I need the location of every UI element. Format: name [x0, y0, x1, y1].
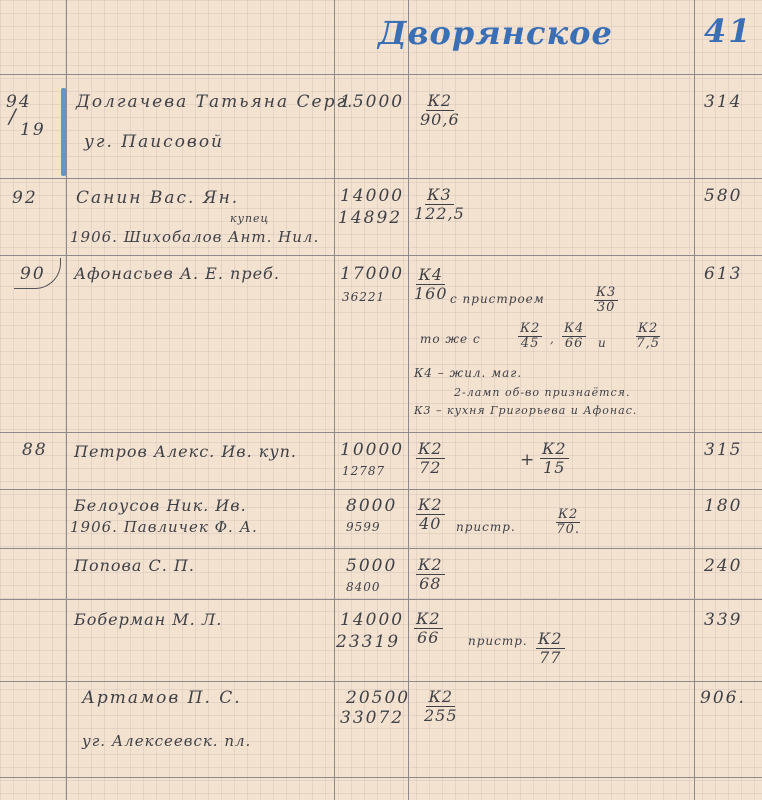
category-fraction: К2 72 — [416, 440, 445, 477]
category-den: 255 — [424, 707, 458, 725]
category-den: 72 — [419, 459, 441, 477]
note-frac-den: 77 — [539, 649, 561, 667]
category-den: 160 — [414, 285, 448, 303]
note-frac-num: К3 — [594, 286, 618, 301]
last-value: 906. — [700, 688, 746, 708]
category-num: К2 — [414, 610, 443, 629]
amount-2: 14892 — [338, 208, 402, 228]
amount-2: 36221 — [342, 290, 385, 304]
column-rule — [334, 0, 335, 800]
row-rule — [0, 681, 762, 682]
note-frac-den: 7,5 — [636, 337, 660, 351]
category-num: К3 — [425, 186, 454, 205]
note-frac-num: К2 — [540, 440, 569, 459]
amount: 14000 — [340, 186, 404, 206]
row-rule — [0, 548, 762, 549]
owner-name: Санин Вас. Ян. — [76, 188, 239, 208]
note-frac-den: 70. — [556, 523, 580, 537]
joiner: , — [550, 332, 555, 346]
note-frac-num: К2 — [518, 322, 542, 337]
owner-extra: 1906. Шихобалов Ант. Нил. — [70, 228, 319, 246]
owner-annotation: купец — [230, 212, 269, 225]
note: пристр. — [468, 634, 528, 648]
category-fraction: К2 40 — [416, 496, 445, 533]
note-fraction: К3 30 — [594, 286, 618, 315]
note-fraction: К2 45 — [518, 322, 542, 351]
note-fraction: К2 77 — [536, 630, 565, 667]
page-number: 41 — [704, 12, 753, 50]
amount: 17000 — [340, 264, 404, 284]
row-rule — [0, 255, 762, 256]
category-den: 40 — [419, 515, 441, 533]
row-rule — [0, 178, 762, 179]
note-frac-num: К2 — [636, 322, 660, 337]
row-rule — [0, 489, 762, 490]
row-number: 90 — [20, 264, 46, 284]
owner-name: Долгачева Татьяна Серг. — [76, 92, 354, 112]
column-rule — [694, 0, 695, 800]
note-frac-num: К2 — [556, 508, 580, 523]
amount-2: 9599 — [346, 520, 381, 534]
owner-extra: уг. Паисовой — [84, 132, 224, 152]
amount: 5000 — [346, 556, 397, 576]
category-den: 66 — [417, 629, 439, 647]
category-num: К2 — [426, 92, 455, 111]
street-title: Дворянское — [378, 14, 613, 52]
last-value: 314 — [704, 92, 742, 112]
ledger-page — [0, 0, 762, 800]
note: с пристроем — [450, 292, 545, 306]
category-num: К2 — [426, 688, 455, 707]
owner-name: Белоусов Ник. Ив. — [74, 496, 247, 515]
note-fraction: К2 15 — [540, 440, 569, 477]
last-value: 613 — [704, 264, 742, 284]
note: + — [520, 450, 536, 470]
note: пристр. — [456, 520, 516, 534]
row-rule — [0, 74, 762, 75]
last-value: 580 — [704, 186, 742, 206]
category-fraction: К2 255 — [424, 688, 458, 725]
amount-2: 8400 — [346, 580, 381, 594]
owner-name: Артамов П. С. — [82, 688, 242, 708]
owner-extra: 1906. Павличек Ф. А. — [70, 518, 258, 536]
row-rule — [0, 777, 762, 778]
last-value: 315 — [704, 440, 742, 460]
last-value: 339 — [704, 610, 742, 630]
note-frac-den: 15 — [543, 459, 565, 477]
category-fraction: К4 160 — [414, 266, 448, 303]
note-fraction: К4 66 — [562, 322, 586, 351]
category-num: К2 — [416, 556, 445, 575]
slash: / — [9, 104, 18, 128]
category-fraction: К2 68 — [416, 556, 445, 593]
category-num: К4 — [416, 266, 445, 285]
row-number-sub: 19 — [20, 120, 46, 140]
category-num: К2 — [416, 496, 445, 515]
owner-name: Попова С. П. — [74, 556, 195, 575]
category-fraction: К3 122,5 — [414, 186, 465, 223]
amount: 20500 — [346, 688, 410, 708]
note: то же с — [420, 332, 481, 346]
note-frac-num: К2 — [536, 630, 565, 649]
category-fraction: К2 66 — [414, 610, 443, 647]
amount-2: 12787 — [342, 464, 385, 478]
row-rule — [0, 432, 762, 433]
note-frac-num: К4 — [562, 322, 586, 337]
amount: 8000 — [346, 496, 397, 516]
blue-margin-mark — [61, 88, 66, 176]
owner-name: Афонасьев А. Е. преб. — [74, 264, 280, 283]
note-frac-den: 66 — [565, 337, 584, 351]
amount: 10000 — [340, 440, 404, 460]
amount: 14000 — [340, 610, 404, 630]
amount-2: 23319 — [336, 632, 400, 652]
last-value: 180 — [704, 496, 742, 516]
joiner: и — [598, 336, 607, 350]
amount-2: 33072 — [340, 708, 404, 728]
note-frac-den: 45 — [521, 337, 540, 351]
note: К3 – кухня Григорьева и Афонас. — [414, 404, 637, 417]
note-fraction: К2 70. — [556, 508, 580, 537]
note-fraction: К2 7,5 — [636, 322, 660, 351]
category-den: 68 — [419, 575, 441, 593]
row-number: 92 — [12, 188, 38, 208]
category-num: К2 — [416, 440, 445, 459]
last-value: 240 — [704, 556, 742, 576]
row-rule — [0, 599, 762, 600]
column-rule — [66, 0, 67, 800]
owner-name: Петров Алекс. Ив. куп. — [74, 442, 297, 461]
amount: 15000 — [340, 92, 404, 112]
category-fraction: К2 90,6 — [420, 92, 460, 129]
owner-extra: уг. Алексеевск. пл. — [82, 732, 251, 750]
note: 2-ламп об-во признаётся. — [454, 386, 630, 399]
column-rule — [408, 0, 409, 800]
row-number: 88 — [22, 440, 48, 460]
category-den: 122,5 — [414, 205, 465, 223]
note: К4 – жил. маг. — [414, 366, 522, 380]
owner-name: Боберман М. Л. — [74, 610, 222, 629]
note-frac-den: 30 — [597, 301, 616, 315]
category-den: 90,6 — [420, 111, 460, 129]
